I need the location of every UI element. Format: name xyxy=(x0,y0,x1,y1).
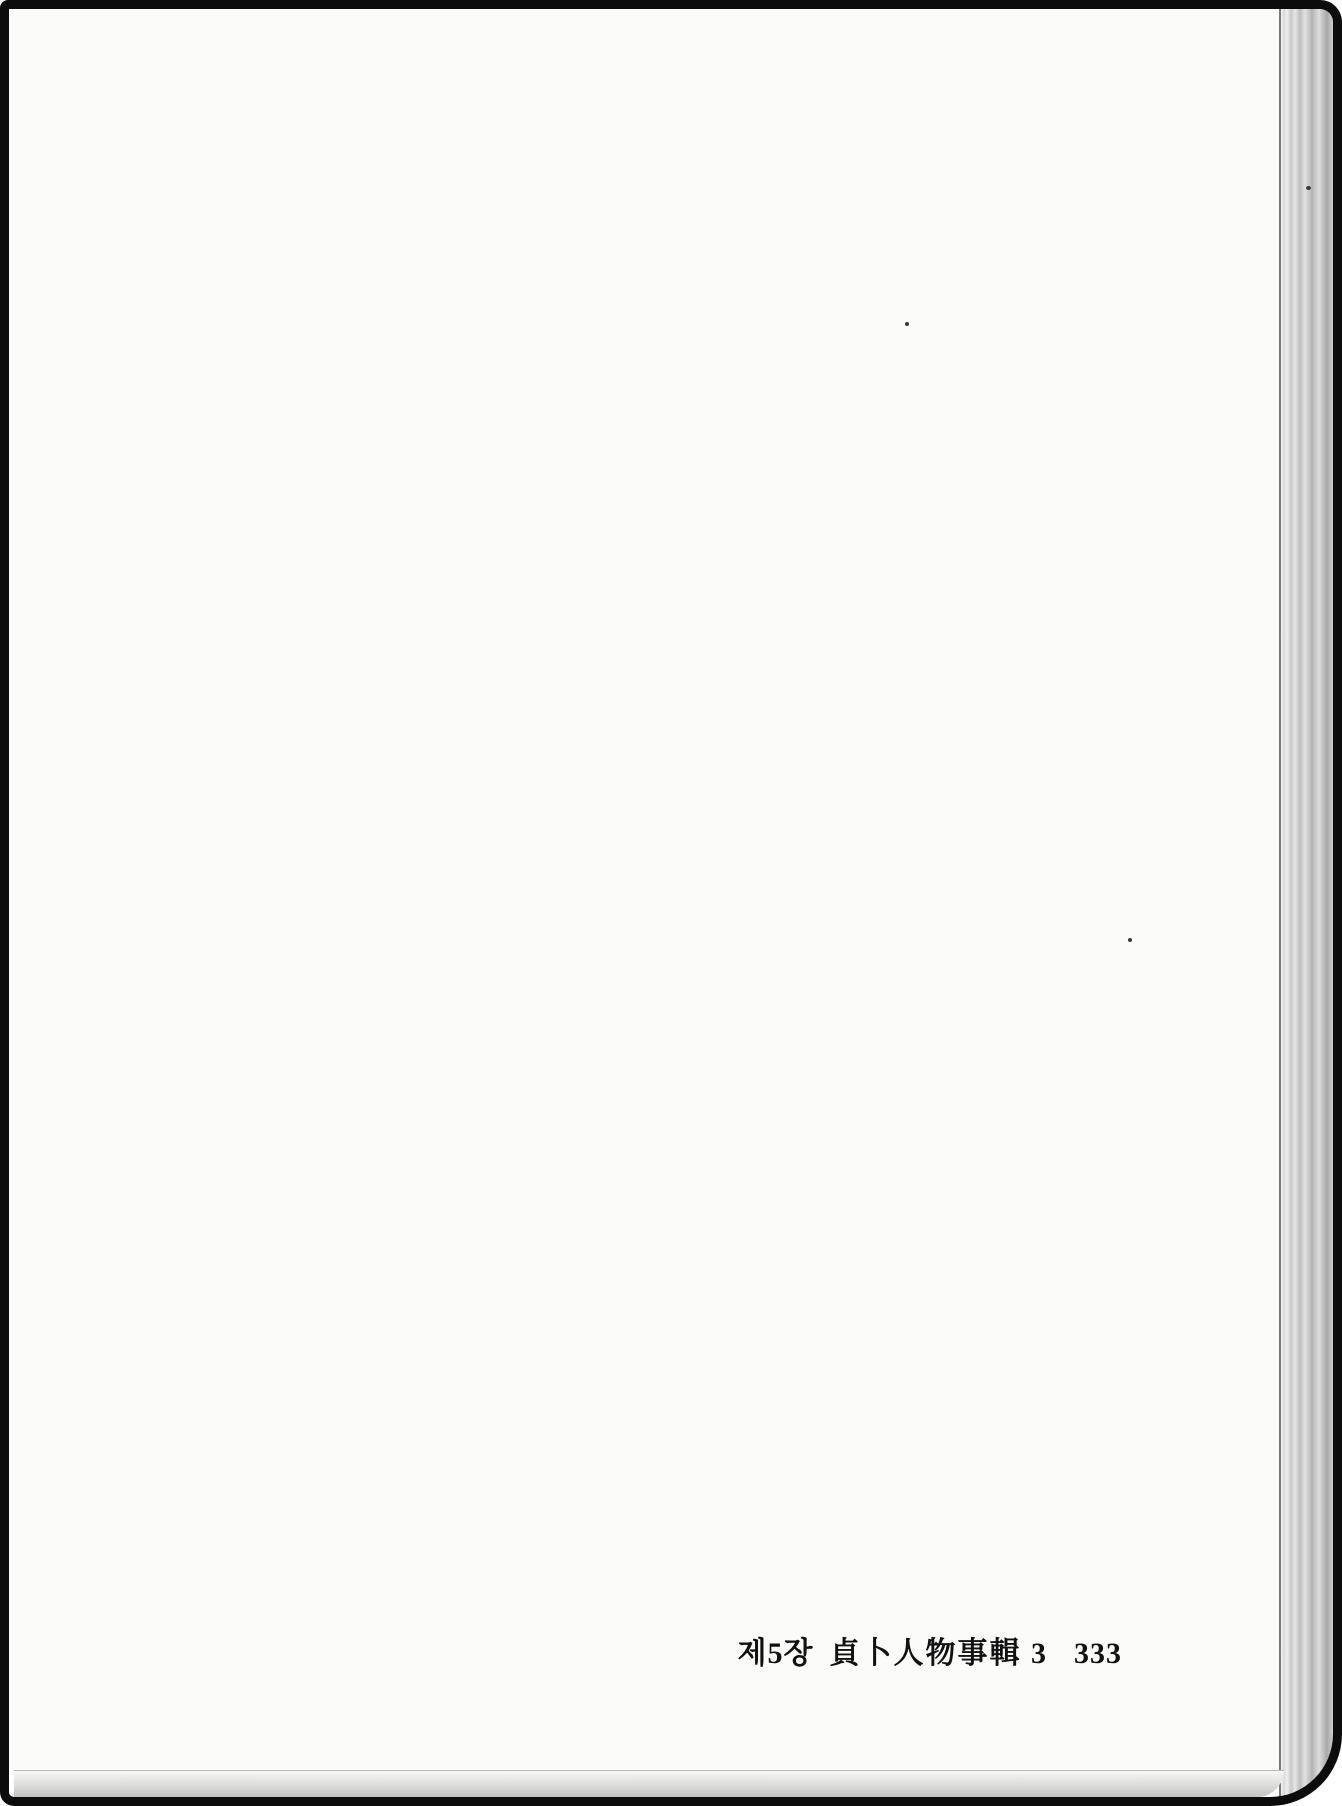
book-page-edge-right xyxy=(1279,9,1333,1797)
scan-speck xyxy=(1306,186,1311,190)
page-footer: 제5장貞卜人物事輯 3333 xyxy=(130,1628,1122,1672)
scanned-book-page: 庚辰卜, 𡧇 : 朕芻于鬥. 貞 : 朕〔芻〕于丘紉. (『屯乙』 7119) … xyxy=(0,0,1342,1806)
footer-section-title: 貞卜人物事輯 3 xyxy=(830,1637,1049,1670)
footer-page-number: 333 xyxy=(1074,1637,1122,1670)
scan-speck xyxy=(905,322,909,326)
page-paper xyxy=(9,9,1281,1769)
scan-speck xyxy=(1128,938,1132,942)
footer-chapter-label: 제5장 xyxy=(738,1637,814,1670)
book-page-edge-bottom xyxy=(14,1770,1284,1797)
